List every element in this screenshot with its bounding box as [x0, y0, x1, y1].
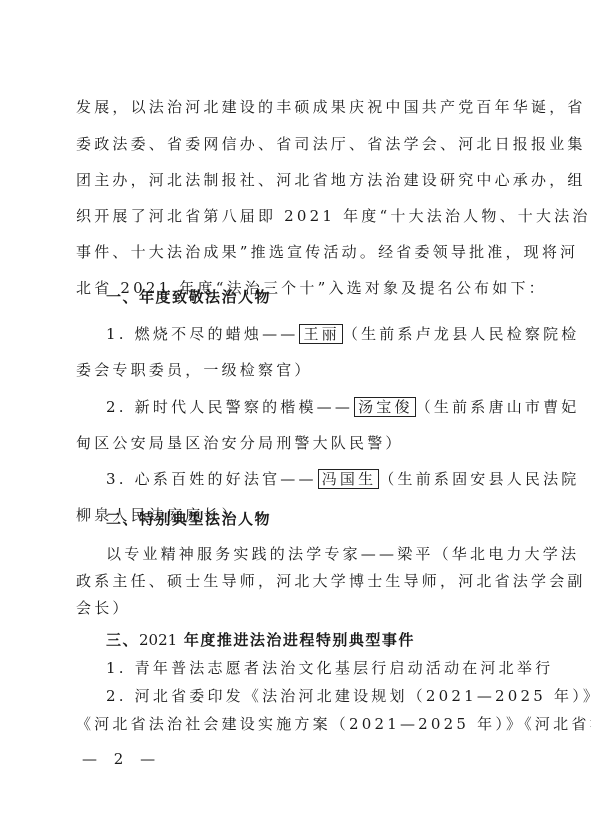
item-3-prefix: 3. 心系百姓的好法官——	[106, 470, 317, 488]
item-2-name-boxed: 汤宝俊	[354, 397, 416, 417]
item-1-suffix: （生前系卢龙县人民检察院检	[343, 325, 580, 343]
document-page: 发展，以法治河北建设的丰硕成果庆祝中国共产党百年华诞，省 委政法委、省委网信办、…	[0, 0, 591, 836]
intro-line-4: 织开展了河北省第八届即 2021 年度“十大法治人物、十大法治	[76, 206, 521, 226]
section-2-heading: 二、特别典型法治人物	[106, 509, 271, 529]
section-3-heading-year: 2021	[139, 631, 177, 649]
item-2-prefix: 2. 新时代人民警察的楷模——	[106, 398, 353, 416]
intro-line-3: 团主办，河北法制报社、河北省地方法治建设研究中心承办，组	[76, 170, 521, 190]
item-3-name-boxed: 冯国生	[318, 469, 380, 489]
section-3-line-3: 《河北省法治社会建设实施方案（2021—2025 年）》《河北省法	[76, 714, 521, 734]
item-1-prefix: 1. 燃烧不尽的蜡烛——	[106, 325, 298, 343]
section-2-line-3: 会长）	[76, 598, 521, 618]
intro-line-1: 发展，以法治河北建设的丰硕成果庆祝中国共产党百年华诞，省	[76, 97, 521, 117]
section-1-item-1: 1. 燃烧不尽的蜡烛——王丽（生前系卢龙县人民检察院检	[106, 324, 521, 344]
section-2-line-1: 以专业精神服务实践的法学专家——梁平（华北电力大学法	[106, 544, 521, 564]
section-1-heading: 一、年度致敬法治人物	[106, 287, 271, 307]
section-3-line-1: 1. 青年普法志愿者法治文化基层行启动活动在河北举行	[106, 658, 521, 678]
section-3-line-2: 2. 河北省委印发《法治河北建设规划（2021—2025 年）》	[106, 686, 521, 706]
item-3-suffix: （生前系固安县人民法院	[379, 470, 579, 488]
section-1-item-2-cont: 甸区公安局垦区治安分局刑警大队民警）	[76, 433, 521, 453]
item-2-suffix: （生前系唐山市曹妃	[416, 398, 580, 416]
section-1-item-2: 2. 新时代人民警察的楷模——汤宝俊（生前系唐山市曹妃	[106, 397, 521, 417]
item-1-name-boxed: 王丽	[299, 324, 342, 344]
section-3-heading-prefix: 三、	[106, 631, 139, 649]
page-number: — 2 —	[82, 749, 161, 769]
intro-line-5: 事件、十大法治成果”推选宣传活动。经省委领导批准，现将河	[76, 242, 521, 262]
intro-line-2: 委政法委、省委网信办、省司法厅、省法学会、河北日报报业集	[76, 134, 521, 154]
section-3-heading: 三、2021 年度推进法治进程特别典型事件	[106, 630, 415, 650]
section-1-item-3: 3. 心系百姓的好法官——冯国生（生前系固安县人民法院	[106, 469, 521, 489]
section-3-heading-suffix: 年度推进法治进程特别典型事件	[177, 631, 415, 649]
section-2-line-2: 政系主任、硕士生导师，河北大学博士生导师，河北省法学会副	[76, 571, 521, 591]
section-1-item-1-cont: 委会专职委员，一级检察官）	[76, 360, 521, 380]
